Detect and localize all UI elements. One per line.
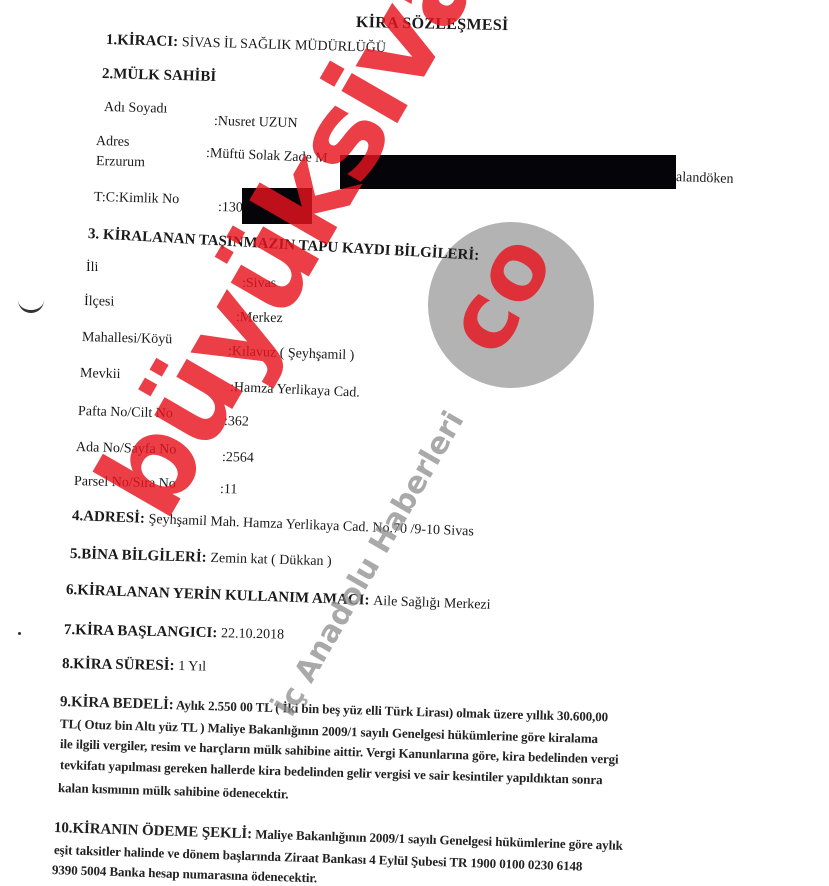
- owner-id-value: :130: [218, 200, 243, 217]
- section-usage-value: Aile Sağlığı Merkezi: [373, 594, 491, 613]
- property-value-ada: :2564: [222, 450, 254, 467]
- property-label-ilce: İlçesi: [84, 294, 115, 311]
- property-value-mevkii: :Hamza Yerlikaya Cad.: [230, 380, 360, 402]
- section-duration-heading: 8.KİRA SÜRESİ:: [62, 656, 175, 674]
- margin-scribble: [18, 296, 44, 313]
- owner-id-label: T:C:Kimlik No: [94, 190, 180, 208]
- tenant-heading: 1.KİRACI:: [106, 32, 179, 50]
- rent-line-5: kalan kısmının mülk sahibine ödenecektir…: [58, 780, 289, 802]
- property-label-il: İli: [86, 260, 98, 276]
- section-usage: 6.KİRALANAN YERİN KULLANIM AMACI: Aile S…: [66, 582, 491, 614]
- section-building: 5.BİNA BİLGİLERİ: Zemin kat ( Dükkan ): [70, 546, 332, 570]
- document-title: KİRA SÖZLEŞMESİ: [356, 14, 509, 35]
- property-value-ilce: :Merkez: [236, 310, 283, 327]
- property-value-mahalle: :Kılavuz ( Şeyhşamil ): [228, 344, 355, 364]
- owner-heading: 2.MÜLK SAHİBİ: [102, 66, 217, 86]
- section-building-heading: 5.BİNA BİLGİLERİ:: [70, 546, 207, 566]
- owner-address-label: Adres: [96, 134, 130, 151]
- property-value-il: :Sivas: [242, 276, 276, 292]
- section-duration: 8.KİRA SÜRESİ: 1 Yıl: [62, 656, 206, 676]
- section-start: 7.KİRA BAŞLANGICI: 22.10.2018: [64, 622, 284, 644]
- property-label-pafta: Pafta No/Cilt No: [78, 404, 173, 422]
- redaction-id: [242, 188, 312, 224]
- redaction-address: [340, 155, 676, 189]
- property-label-mahalle: Mahallesi/Köyü: [82, 330, 173, 348]
- owner-name-value: :Nusret UZUN: [214, 114, 298, 132]
- tenant-value: SİVAS İL SAĞLIK MÜDÜRLÜĞÜ: [182, 35, 387, 56]
- payment-line-3: 9390 5004 Banka hesap numarasına ödenece…: [52, 862, 318, 886]
- section-address-value: Şeyhşamil Mah. Hamza Yerlikaya Cad. No.7…: [148, 512, 474, 539]
- owner-address-city: Erzurum: [96, 154, 145, 171]
- owner-address-tail: alandöken: [676, 170, 734, 188]
- owner-name-label: Adı Soyadı: [104, 100, 168, 118]
- property-heading: 3. KİRALANAN TAŞINMAZIN TAPU KAYDI BİLGİ…: [88, 226, 480, 265]
- margin-dot: [18, 632, 21, 635]
- section-address-heading: 4.ADRESİ:: [72, 508, 145, 527]
- property-label-parsel: Parsel No/Sıra No: [74, 474, 176, 493]
- property-value-pafta: :362: [224, 414, 249, 431]
- scanned-contract-page: KİRA SÖZLEŞMESİ 1.KİRACI: SİVAS İL SAĞLI…: [0, 0, 829, 886]
- section-usage-heading: 6.KİRALANAN YERİN KULLANIM AMACI:: [66, 582, 370, 609]
- property-value-parsel: :11: [220, 482, 238, 498]
- section-duration-value: 1 Yıl: [178, 659, 206, 674]
- payment-heading: 10.KİRANIN ÖDEME ŞEKLİ:: [54, 820, 253, 842]
- tenant-row: 1.KİRACI: SİVAS İL SAĞLIK MÜDÜRLÜĞÜ: [106, 32, 386, 57]
- owner-address-value: :Müftü Solak Zade M: [206, 146, 328, 167]
- rent-heading: 9.KİRA BEDELİ:: [60, 694, 174, 713]
- section-start-value: 22.10.2018: [221, 626, 284, 642]
- section-start-heading: 7.KİRA BAŞLANGICI:: [64, 622, 218, 641]
- property-label-mevkii: Mevkii: [80, 366, 121, 383]
- section-building-value: Zemin kat ( Dükkan ): [210, 551, 332, 569]
- property-label-ada: Ada No/Sayfa No: [76, 440, 177, 459]
